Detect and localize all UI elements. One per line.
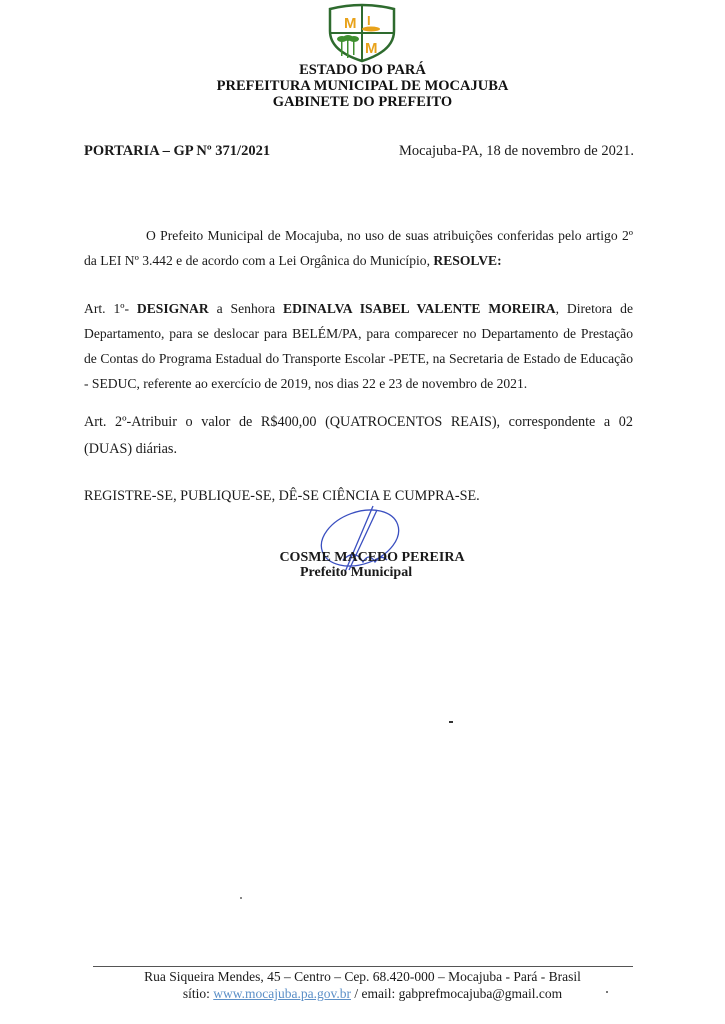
article-1-prefix: Art. 1º-: [84, 301, 137, 316]
article-1-verb: DESIGNAR: [137, 301, 209, 316]
svg-text:M: M: [365, 40, 378, 57]
letterhead: ESTADO DO PARÁ PREFEITURA MUNICIPAL DE M…: [0, 62, 725, 110]
scan-speck: [449, 721, 453, 723]
signer-role: Prefeito Municipal: [300, 565, 412, 581]
email-address: gabprefmocajuba@gmail.com: [399, 986, 563, 1001]
municipal-crest-logo: M I M: [324, 3, 400, 63]
article-1: Art. 1º- DESIGNAR a Senhora EDINALVA ISA…: [84, 296, 633, 396]
footer-contact: sítio: www.mocajuba.pa.gov.br / email: g…: [0, 985, 725, 1002]
header-prefecture: PREFEITURA MUNICIPAL DE MOCAJUBA: [0, 78, 725, 94]
portaria-number: PORTARIA – GP Nº 371/2021: [84, 143, 270, 160]
site-label: sítio:: [183, 986, 213, 1001]
document-date: Mocajuba-PA, 18 de novembro de 2021.: [399, 143, 634, 160]
document-heading: PORTARIA – GP Nº 371/2021 Mocajuba-PA, 1…: [84, 143, 634, 161]
article-2: Art. 2º-Atribuir o valor de R$400,00 (QU…: [84, 409, 633, 463]
signer-name: COSME MACEDO PEREIRA: [272, 550, 472, 566]
scan-speck: [240, 897, 242, 899]
header-office: GABINETE DO PREFEITO: [0, 94, 725, 110]
header-state: ESTADO DO PARÁ: [0, 62, 725, 78]
article-1-mid: a Senhora: [209, 301, 283, 316]
intro-text: O Prefeito Municipal de Mocajuba, no uso…: [84, 228, 633, 268]
footer: Rua Siqueira Mendes, 45 – Centro – Cep. …: [0, 968, 725, 1002]
resolve-label: RESOLVE:: [433, 253, 501, 268]
designee-name: EDINALVA ISABEL VALENTE MOREIRA: [283, 301, 556, 316]
footer-address: Rua Siqueira Mendes, 45 – Centro – Cep. …: [0, 968, 725, 985]
footer-divider: [93, 966, 633, 967]
svg-text:I: I: [367, 13, 371, 28]
svg-text:M: M: [344, 15, 357, 32]
website-link[interactable]: www.mocajuba.pa.gov.br: [213, 986, 351, 1001]
email-label: / email:: [351, 986, 399, 1001]
intro-paragraph: O Prefeito Municipal de Mocajuba, no uso…: [84, 223, 633, 273]
